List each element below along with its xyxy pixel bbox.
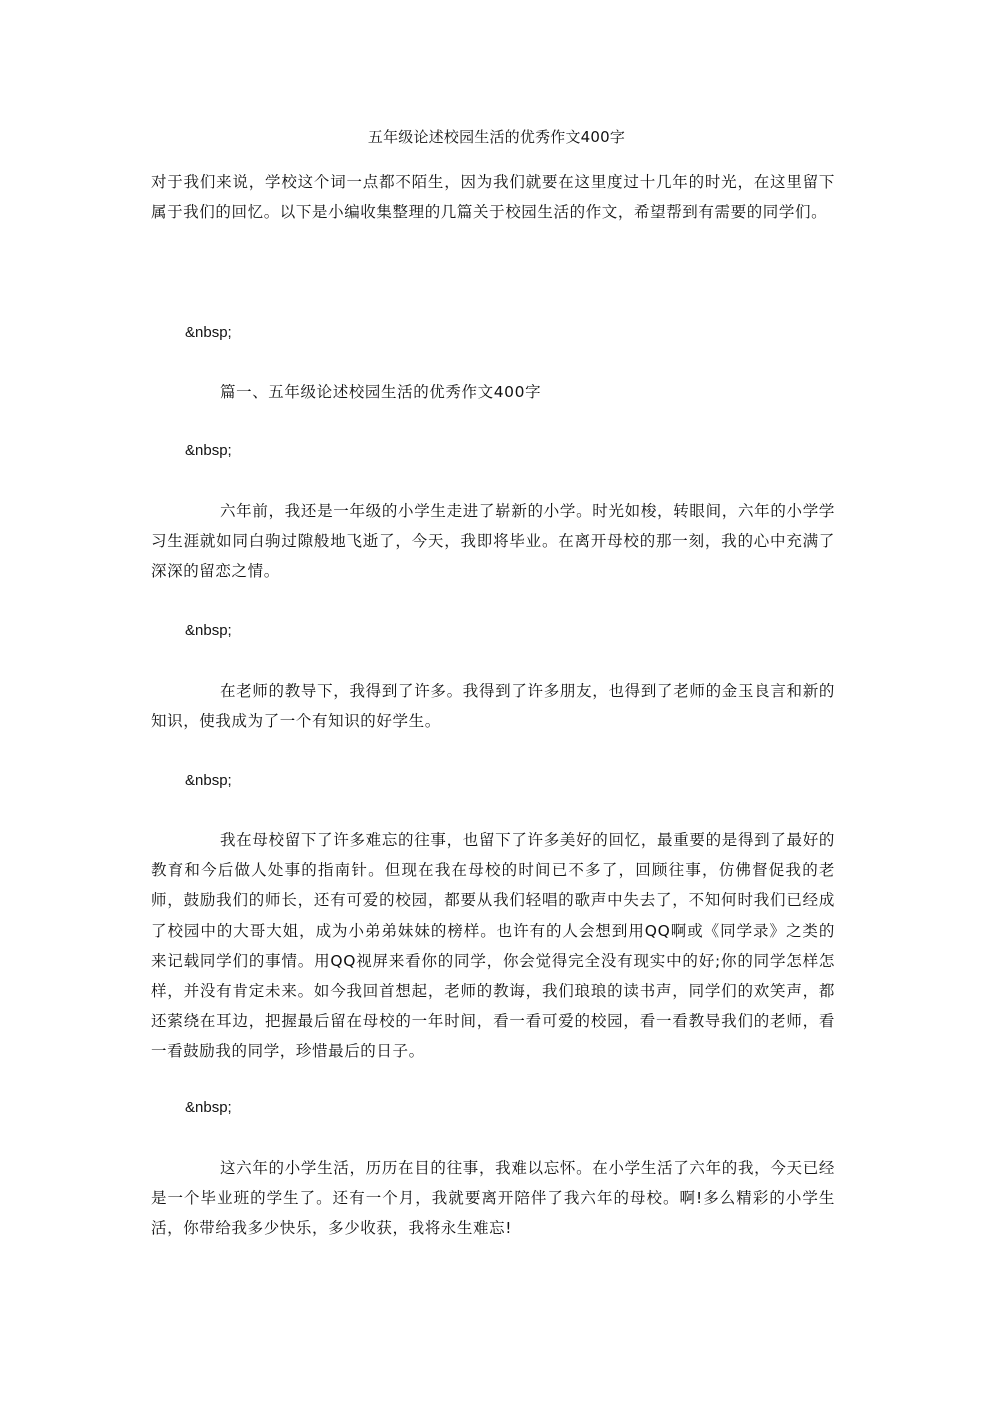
document-page: 五年级论述校园生活的优秀作文400字 对于我们来说，学校这个词一点都不陌生，因为…: [0, 0, 993, 1404]
body-paragraph: 在老师的教导下，我得到了许多。我得到了许多朋友，也得到了老师的金玉良言和新的知识…: [151, 676, 835, 736]
nbsp-placeholder: &nbsp;: [185, 440, 232, 462]
nbsp-placeholder: &nbsp;: [185, 1097, 232, 1119]
intro-paragraph: 对于我们来说，学校这个词一点都不陌生，因为我们就要在这里度过十几年的时光，在这里…: [151, 167, 835, 227]
body-paragraph: 我在母校留下了许多难忘的往事，也留下了许多美好的回忆，最重要的是得到了最好的教育…: [151, 825, 835, 1067]
section-heading: 篇一、五年级论述校园生活的优秀作文400字: [220, 381, 541, 403]
body-paragraph: 六年前，我还是一年级的小学生走进了崭新的小学。时光如梭，转眼间，六年的小学学习生…: [151, 496, 835, 587]
nbsp-placeholder: &nbsp;: [185, 322, 232, 344]
nbsp-placeholder: &nbsp;: [185, 770, 232, 792]
body-paragraph: 这六年的小学生活，历历在目的往事，我难以忘怀。在小学生活了六年的我，今天已经是一…: [151, 1153, 835, 1244]
nbsp-placeholder: &nbsp;: [185, 620, 232, 642]
document-title: 五年级论述校园生活的优秀作文400字: [0, 126, 993, 148]
